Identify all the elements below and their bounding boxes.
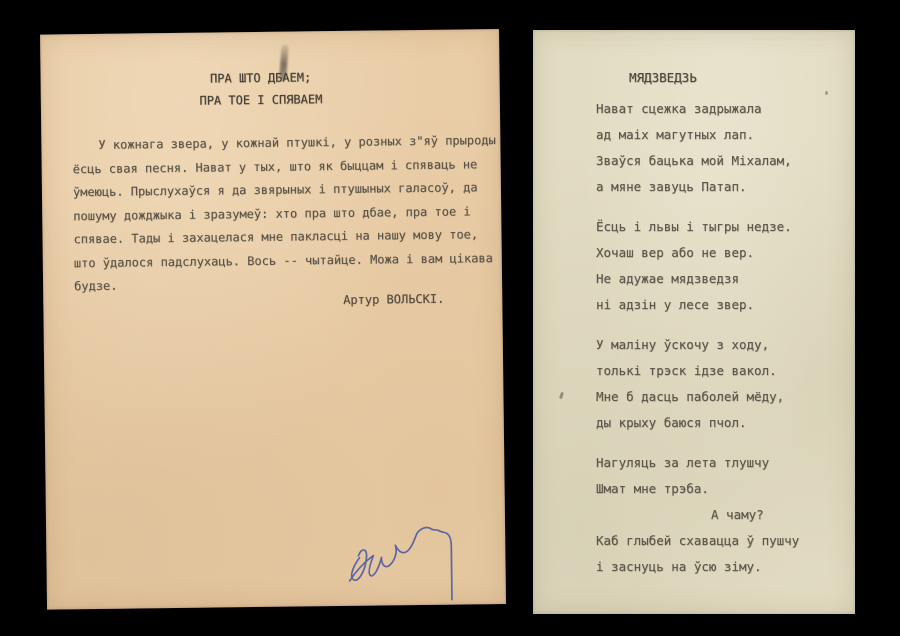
poem-line: Не адужае мядзведзя [596, 266, 799, 292]
poem-body: Нават сцежка задрыжала ад маіх магутных … [596, 96, 799, 594]
foreword-paragraph: У кожнага звера, у кожнай птушкі, у розн… [72, 129, 497, 299]
poem-line: а мяне завуць Патап. [596, 174, 799, 200]
poem-line: толькі трэск ідзе вакол. [596, 358, 799, 384]
poem-line: Нагуляць за лета тлушчу [596, 450, 799, 476]
paper-speck [559, 392, 564, 400]
poem-line: А чаму? [596, 502, 799, 528]
poem-line: і заснуць на ўсю зіму. [596, 554, 799, 580]
poem-line: Хочаш вер або не вер. [596, 240, 799, 266]
scanned-page-poem: МЯДЗВЕДЗЬ Нават сцежка задрыжала ад маіх… [533, 30, 855, 614]
poem-line: Мне б дасць паболей мёду, [596, 384, 799, 410]
poem-line: ні адзін у лесе звер. [596, 292, 799, 318]
scanned-page-foreword: ПРА ШТО ДБАЕМ; ПРА ТОЕ І СПЯВАЕМ У кожна… [40, 29, 506, 610]
poem-stanza: У маліну ўскочу з ходу, толькі трэск ідз… [596, 332, 799, 436]
poem-line: У маліну ўскочу з ходу, [596, 332, 799, 358]
foreword-title-line-2: ПРА ТОЕ І СПЯВАЕМ [179, 88, 343, 112]
poem-stanza: Ёсць і львы і тыгры недзе. Хочаш вер або… [596, 214, 799, 318]
poem-line: Зваўся бацька мой Міхалам, [596, 148, 799, 174]
poem-line: Нават сцежка задрыжала [596, 96, 799, 122]
poem-line: ды крыху баюся пчол. [596, 410, 799, 436]
poem-line: ад маіх магутных лап. [596, 122, 799, 148]
poem-title: МЯДЗВЕДЗЬ [629, 70, 697, 85]
poem-stanza: Нагуляць за лета тлушчу Шмат мне трэба. … [596, 450, 799, 580]
foreword-title: ПРА ШТО ДБАЕМ; ПРА ТОЕ І СПЯВАЕМ [178, 66, 343, 112]
poem-line: Каб глыбей схавацца ў пушчу [596, 528, 799, 554]
poem-line: Шмат мне трэба. [596, 476, 799, 502]
paper-speck [825, 91, 828, 95]
handwritten-signature-icon [342, 521, 465, 604]
poem-line: Ёсць і львы і тыгры недзе. [596, 214, 799, 240]
photo-background: ПРА ШТО ДБАЕМ; ПРА ТОЕ І СПЯВАЕМ У кожна… [0, 0, 900, 636]
poem-stanza: Нават сцежка задрыжала ад маіх магутных … [596, 96, 799, 200]
foreword-title-line-1: ПРА ШТО ДБАЕМ; [178, 66, 342, 90]
